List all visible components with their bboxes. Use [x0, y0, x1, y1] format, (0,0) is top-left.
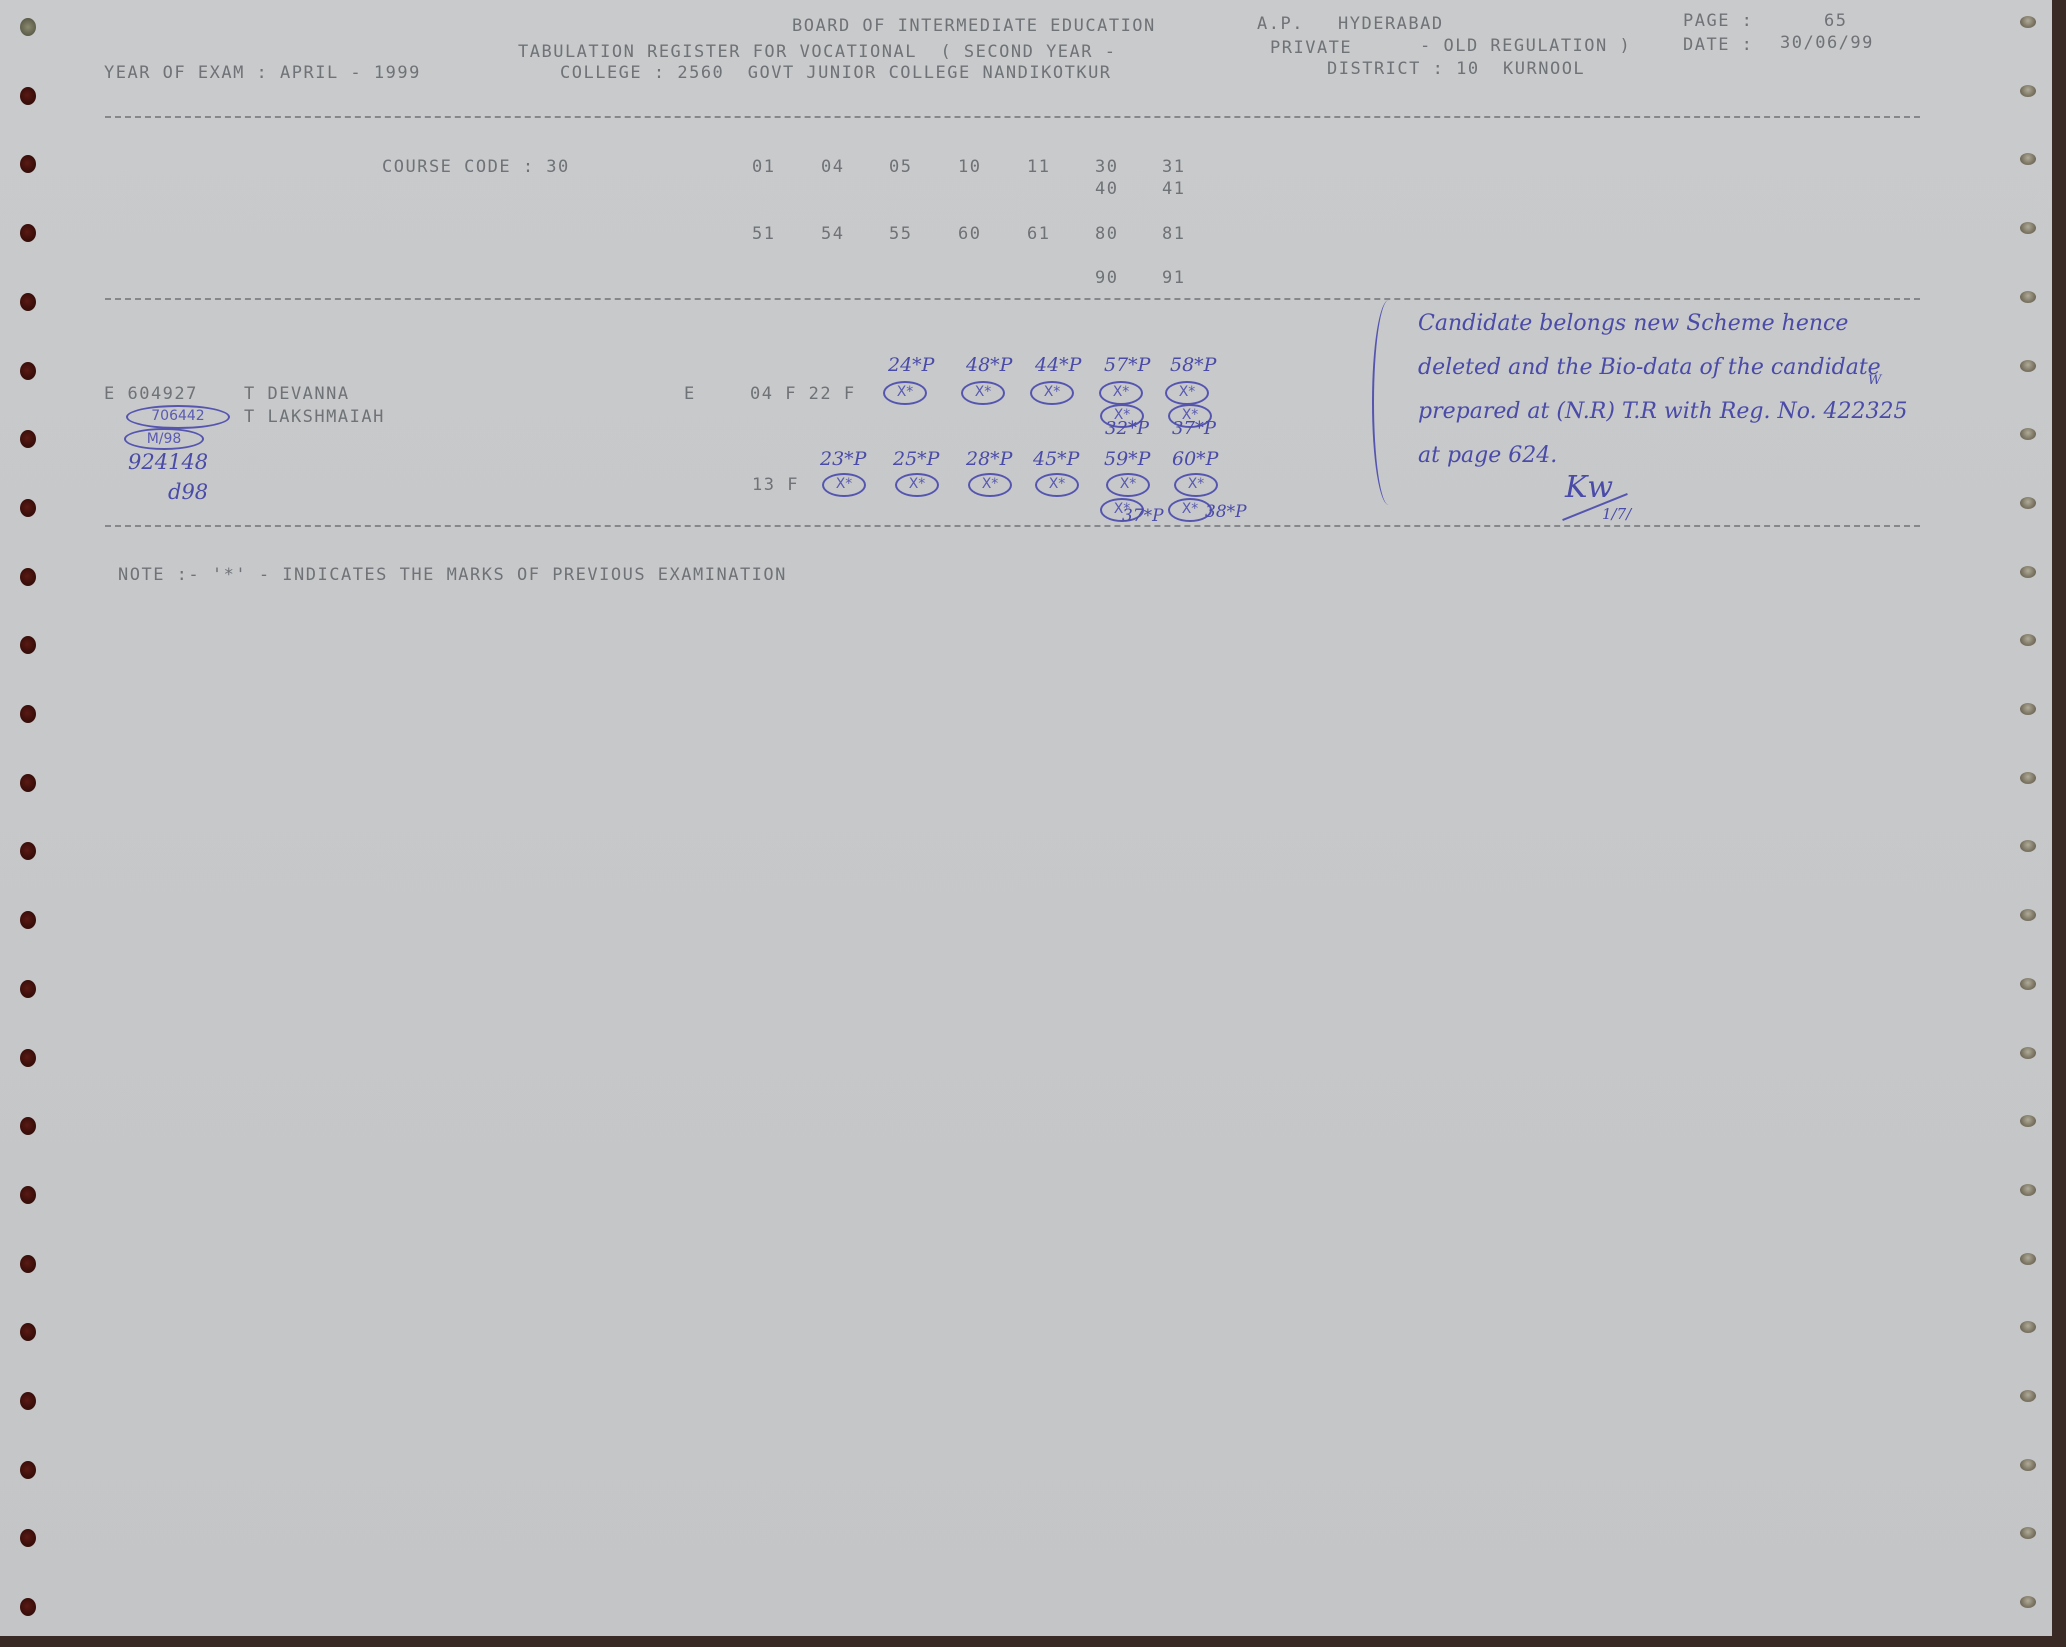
feed-hole-left [20, 1461, 36, 1479]
feed-hole-right [2020, 1184, 2036, 1196]
subject-code: 41 [1162, 179, 1185, 199]
feed-hole-left [20, 568, 36, 586]
feed-hole-right [2020, 909, 2036, 921]
handwritten-mark: 38*P [1205, 502, 1247, 522]
regulation-label: - OLD REGULATION ) [1420, 36, 1631, 56]
handwritten-mark: 60*P [1172, 448, 1218, 470]
subject-code: 55 [889, 224, 912, 244]
subject-code: 30 [1095, 157, 1118, 177]
feed-hole-left [20, 1255, 36, 1273]
row2-results: 13 F [752, 475, 799, 495]
remark-superscript: W [1868, 373, 1881, 388]
signature-date: 1/7/ [1602, 505, 1631, 523]
circled-session: M/98 [124, 428, 204, 450]
course-code-label: COURSE CODE : 30 [382, 157, 570, 177]
divider-middle [105, 298, 1920, 300]
divider-bottom [105, 525, 1920, 527]
state-label: A.P. [1257, 14, 1304, 34]
handwritten-mark: 48*P [966, 354, 1012, 376]
handwritten-mark: 59*P [1104, 448, 1150, 470]
circled-mark: X* [1174, 473, 1218, 497]
feed-hole-left [20, 1186, 36, 1204]
feed-hole-right [2020, 16, 2036, 28]
feed-hole-left [20, 1598, 36, 1616]
feed-hole-right [2020, 1596, 2036, 1608]
feed-hole-right [2020, 772, 2036, 784]
circled-mark: X* [968, 473, 1012, 497]
feed-hole-left [20, 980, 36, 998]
handwritten-mark: 57*P [1104, 354, 1150, 376]
feed-hole-left [20, 499, 36, 517]
remark-line: Candidate belongs new Scheme hence [1418, 302, 2038, 346]
year-of-exam: YEAR OF EXAM : APRIL - 1999 [104, 63, 421, 83]
remark-brace [1372, 300, 1414, 505]
city-label: HYDERABAD [1338, 14, 1444, 34]
handwritten-mark: 25*P [893, 448, 939, 470]
subject-code: 80 [1095, 224, 1118, 244]
circled-mark: X* [961, 381, 1005, 405]
subject-code: 40 [1095, 179, 1118, 199]
remark-line: prepared at (N.R) T.R with Reg. No. 4223… [1418, 390, 2038, 434]
feed-hole-left [20, 636, 36, 654]
feed-hole-right [2020, 1527, 2036, 1539]
circled-mark: X* [895, 473, 939, 497]
feed-hole-right [2020, 360, 2036, 372]
subject-code: 61 [1027, 224, 1050, 244]
subject-code: 54 [821, 224, 844, 244]
feed-hole-right [2020, 566, 2036, 578]
handwritten-mark: 37*P [1122, 506, 1164, 526]
subject-code: 51 [752, 224, 775, 244]
remark-line: at page 624. [1418, 434, 2038, 478]
feed-hole-right [2020, 1390, 2036, 1402]
handwritten-mark: 32*P [1105, 418, 1149, 439]
feed-hole-right [2020, 703, 2036, 715]
subject-code: 60 [958, 224, 981, 244]
feed-hole-left [20, 911, 36, 929]
circled-mark: X* [1035, 473, 1079, 497]
handwritten-mark: 37*P [1172, 418, 1216, 439]
circled-mark: X* [822, 473, 866, 497]
register-sheet: BOARD OF INTERMEDIATE EDUCATION A.P. HYD… [0, 0, 2052, 1636]
page-number: 65 [1824, 11, 1847, 31]
circled-mark: X* [1165, 381, 1209, 405]
row1-results: 04 F 22 F [750, 384, 856, 404]
handwritten-mark: 58*P [1170, 354, 1216, 376]
handwritten-mark: 44*P [1035, 354, 1081, 376]
college-label: COLLEGE : 2560 GOVT JUNIOR COLLEGE NANDI… [560, 63, 1112, 83]
handwritten-mark: 23*P [820, 448, 866, 470]
circled-mark: X* [1030, 381, 1074, 405]
feed-hole-right [2020, 634, 2036, 646]
remark-note: Candidate belongs new Scheme hence delet… [1418, 302, 2038, 478]
feed-hole-right [2020, 840, 2036, 852]
feed-hole-left [20, 1049, 36, 1067]
feed-hole-left [20, 774, 36, 792]
subject-code: 91 [1162, 268, 1185, 288]
feed-hole-left [20, 1117, 36, 1135]
feed-hole-right [2020, 153, 2036, 165]
feed-hole-right [2020, 1253, 2036, 1265]
feed-hole-left [20, 224, 36, 242]
candidate-reg-no: E 604927 [104, 384, 198, 404]
date-value: 30/06/99 [1780, 33, 1874, 53]
feed-hole-left [20, 362, 36, 380]
circled-mark: X* [883, 381, 927, 405]
old-number: 924148 [128, 450, 208, 474]
feed-hole-left [20, 1392, 36, 1410]
subject-code: 31 [1162, 157, 1185, 177]
subject-code: 90 [1095, 268, 1118, 288]
date-label: DATE : [1683, 35, 1753, 55]
feed-hole-right [2020, 85, 2036, 97]
feed-hole-right [2020, 291, 2036, 303]
feed-hole-left [20, 1323, 36, 1341]
circled-reg-number: 706442 [126, 405, 230, 429]
note-text: NOTE :- '*' - INDICATES THE MARKS OF PRE… [118, 565, 787, 585]
feed-hole-left [20, 87, 36, 105]
feed-hole-left [20, 155, 36, 173]
circled-mark: X* [1099, 381, 1143, 405]
feed-hole-left [20, 705, 36, 723]
subject-code: 04 [821, 157, 844, 177]
subject-code: 01 [752, 157, 775, 177]
exam-category: PRIVATE [1270, 38, 1352, 58]
feed-hole-left [20, 430, 36, 448]
medium-code: E [684, 384, 696, 404]
candidate-name: T DEVANNA [244, 384, 350, 404]
feed-hole-left [20, 1529, 36, 1547]
feed-hole-right [2020, 1115, 2036, 1127]
feed-hole-right [2020, 1047, 2036, 1059]
signature: Kw [1565, 470, 1613, 505]
remark-line: deleted and the Bio-data of the candidat… [1418, 346, 2038, 390]
subject-code: 81 [1162, 224, 1185, 244]
feed-hole-right [2020, 978, 2036, 990]
divider-top [105, 116, 1920, 118]
feed-hole-left [20, 293, 36, 311]
father-name: T LAKSHMAIAH [244, 407, 385, 427]
feed-hole-right [2020, 497, 2036, 509]
handwritten-mark: 45*P [1033, 448, 1079, 470]
subject-code: 11 [1027, 157, 1050, 177]
district-label: DISTRICT : 10 KURNOOL [1327, 59, 1585, 79]
page-label: PAGE : [1683, 11, 1753, 31]
old-session: d98 [168, 480, 208, 504]
feed-hole-right [2020, 222, 2036, 234]
feed-hole-left [20, 842, 36, 860]
register-title: TABULATION REGISTER FOR VOCATIONAL ( SEC… [518, 42, 1116, 62]
handwritten-mark: 28*P [966, 448, 1012, 470]
subject-code: 05 [889, 157, 912, 177]
feed-hole-right [2020, 1321, 2036, 1333]
feed-hole-right [2020, 1459, 2036, 1471]
board-name: BOARD OF INTERMEDIATE EDUCATION [792, 16, 1156, 36]
circled-mark: X* [1106, 473, 1150, 497]
subject-code: 10 [958, 157, 981, 177]
handwritten-mark: 24*P [888, 354, 934, 376]
feed-hole-left [20, 18, 36, 36]
